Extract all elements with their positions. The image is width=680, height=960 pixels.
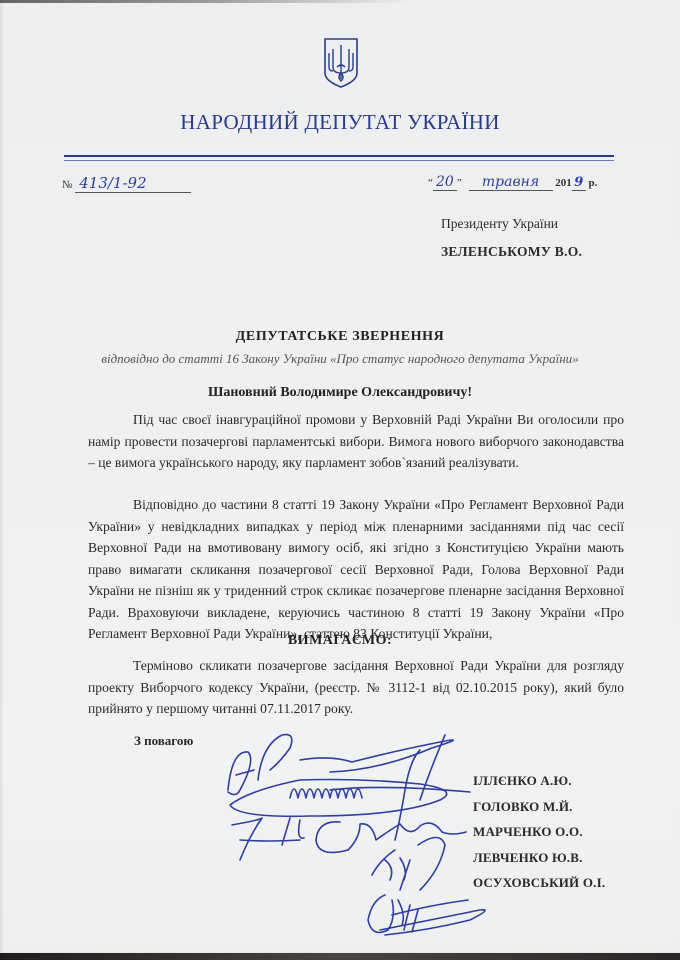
number-sign: № [62,179,73,191]
date-year: 2019 р. [555,177,597,189]
letter-page: НАРОДНИЙ ДЕПУТАТ УКРАЇНИ № 413/1-92 “20”… [0,0,680,953]
signatory-name: ІЛЛЄНКО А.Ю. [473,768,605,794]
addressee-name: ЗЕЛЕНСЬКОМУ В.О. [441,244,582,260]
body-paragraph-3: Терміново скликати позачергове засідання… [88,655,624,720]
date-year-digit: 9 [572,175,586,191]
paragraph-text: Під час своєї інавгураційної промови у В… [88,409,624,474]
letterhead-rule [64,155,614,157]
trident-emblem-icon [323,37,359,89]
demand-heading: ВИМАГАЄМО: [0,633,680,649]
signatory-list: ІЛЛЄНКО А.Ю. ГОЛОВКО М.Й. МАРЧЕНКО О.О. … [473,768,605,896]
signatory-name: ГОЛОВКО М.Й. [473,794,605,820]
signatory-name: ЛЕВЧЕНКО Ю.В. [473,845,605,871]
salutation: Шановний Володимире Олександровичу! [0,385,680,401]
signatory-name: МАРЧЕНКО О.О. [473,819,605,845]
date-month: травня [469,174,553,191]
date-year-suffix: р. [589,177,598,189]
paper-top-edge [0,0,680,3]
body-paragraph-2: Відповідно до частини 8 статті 19 Закону… [88,494,624,645]
closing-regards: З повагою [134,733,193,749]
date-day: 20 [433,174,457,191]
addressee-title: Президенту України [441,216,582,232]
document-date: “20” травня 2019 р. [428,174,597,191]
reference-number-value: 413/1-92 [75,174,191,193]
date-close-quote: ” [457,177,462,189]
letterhead-rule-thin [64,160,614,161]
letterhead-title: НАРОДНИЙ ДЕПУТАТ УКРАЇНИ [0,110,680,135]
document-title: ДЕПУТАТСЬКЕ ЗВЕРНЕННЯ [0,329,680,345]
document-subtitle: відповідно до статті 16 Закону України «… [0,351,680,367]
paragraph-text: Терміново скликати позачергове засідання… [88,655,624,720]
addressee-block: Президенту України ЗЕЛЕНСЬКОМУ В.О. [441,216,582,260]
body-paragraph-1: Під час своєї інавгураційної промови у В… [88,409,624,474]
date-year-prefix: 201 [555,177,572,189]
paragraph-text: Відповідно до частини 8 статті 19 Закону… [88,494,624,645]
reference-number: № 413/1-92 [62,174,191,193]
signatory-name: ОСУХОВСЬКИЙ О.І. [473,870,605,896]
background-surface [0,953,680,960]
